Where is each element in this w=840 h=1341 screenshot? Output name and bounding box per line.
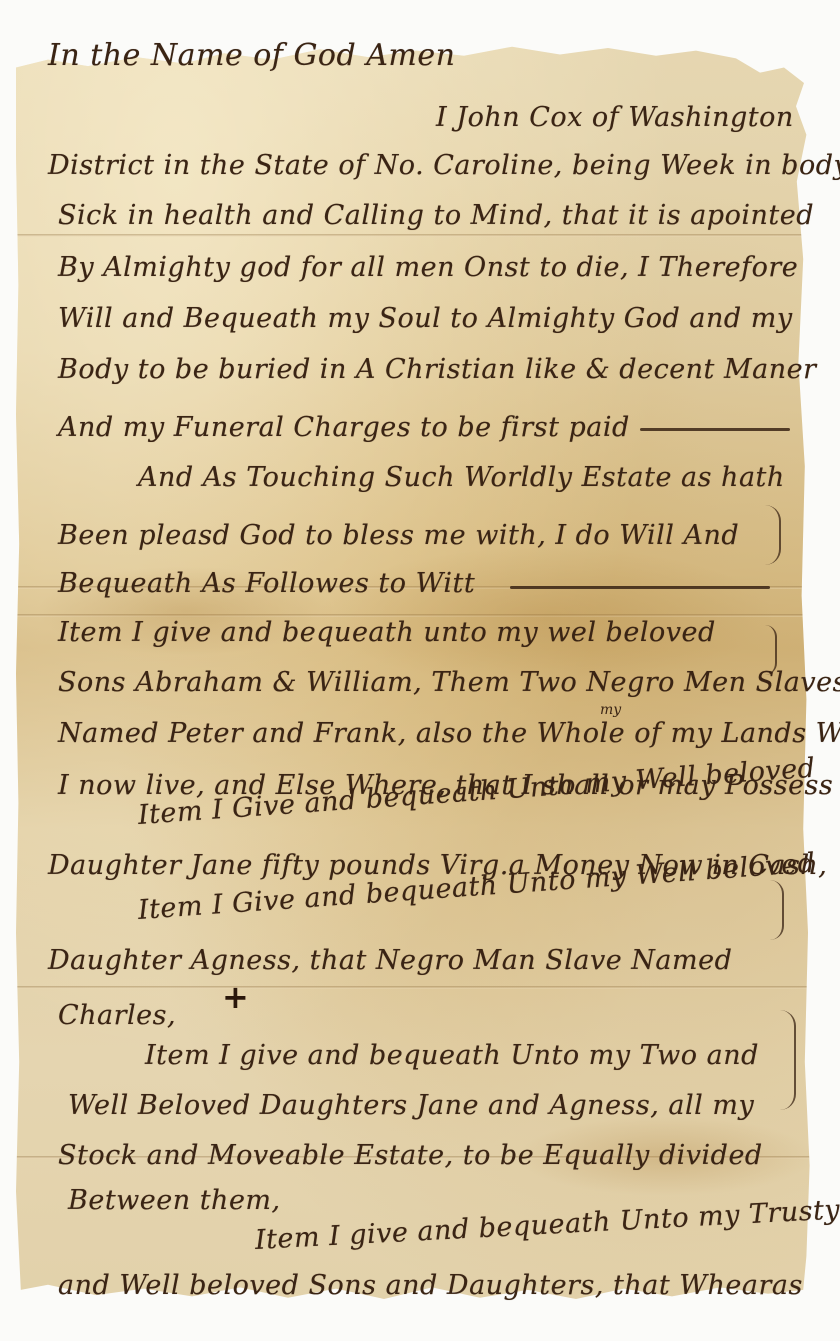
scan-canvas: In the Name of God Amen I John Cox of Wa…: [0, 0, 840, 1341]
text-line: And As Touching Such Worldly Estate as h…: [138, 462, 785, 493]
flourish-stroke: [770, 880, 784, 940]
heading-invocation: In the Name of God Amen: [48, 38, 455, 73]
handwritten-text: In the Name of God Amen I John Cox of Wa…: [0, 0, 840, 1341]
text-line: Well Beloved Daughters Jane and Agness, …: [68, 1090, 754, 1121]
flourish-stroke: [765, 505, 781, 565]
text-line: Been pleasd God to bless me with, I do W…: [58, 520, 739, 551]
text-line: Sons Abraham & William, Them Two Negro M…: [58, 667, 840, 698]
text-line: Stock and Moveable Estate, to be Equally…: [58, 1140, 763, 1171]
text-line: Charles,: [58, 1000, 176, 1031]
text-line: By Almighty god for all men Onst to die,…: [58, 252, 798, 283]
text-line: Named Peter and Frank, also the Whole of…: [58, 718, 840, 749]
text-line: Sick in health and Calling to Mind, that…: [58, 200, 814, 231]
flourish-stroke: [780, 1010, 796, 1110]
text-line: Body to be buried in A Christian like & …: [58, 354, 817, 385]
text-line: Item I give and bequeath Unto my Two and: [145, 1040, 759, 1071]
text-line: and Well beloved Sons and Daughters, tha…: [58, 1270, 803, 1301]
text-line: And my Funeral Charges to be first paid: [58, 412, 630, 443]
text-line: District in the State of No. Caroline, b…: [48, 150, 840, 181]
line-filler-stroke: [640, 428, 790, 431]
text-line: Will and Bequeath my Soul to Almighty Go…: [58, 303, 793, 334]
text-line: Bequeath As Followes to Witt: [58, 568, 475, 599]
text-line: Item I give and bequeath Unto my Trusty: [254, 1194, 840, 1256]
line-filler-stroke: [510, 586, 770, 589]
text-line: Item I give and bequeath unto my wel bel…: [58, 617, 716, 648]
text-line: I John Cox of Washington: [436, 102, 794, 133]
text-line: Daughter Agness, that Negro Man Slave Na…: [48, 945, 732, 976]
cross-mark: +: [222, 978, 249, 1016]
text-line: Between them,: [68, 1185, 281, 1216]
interlinear-insert: my: [600, 702, 621, 718]
